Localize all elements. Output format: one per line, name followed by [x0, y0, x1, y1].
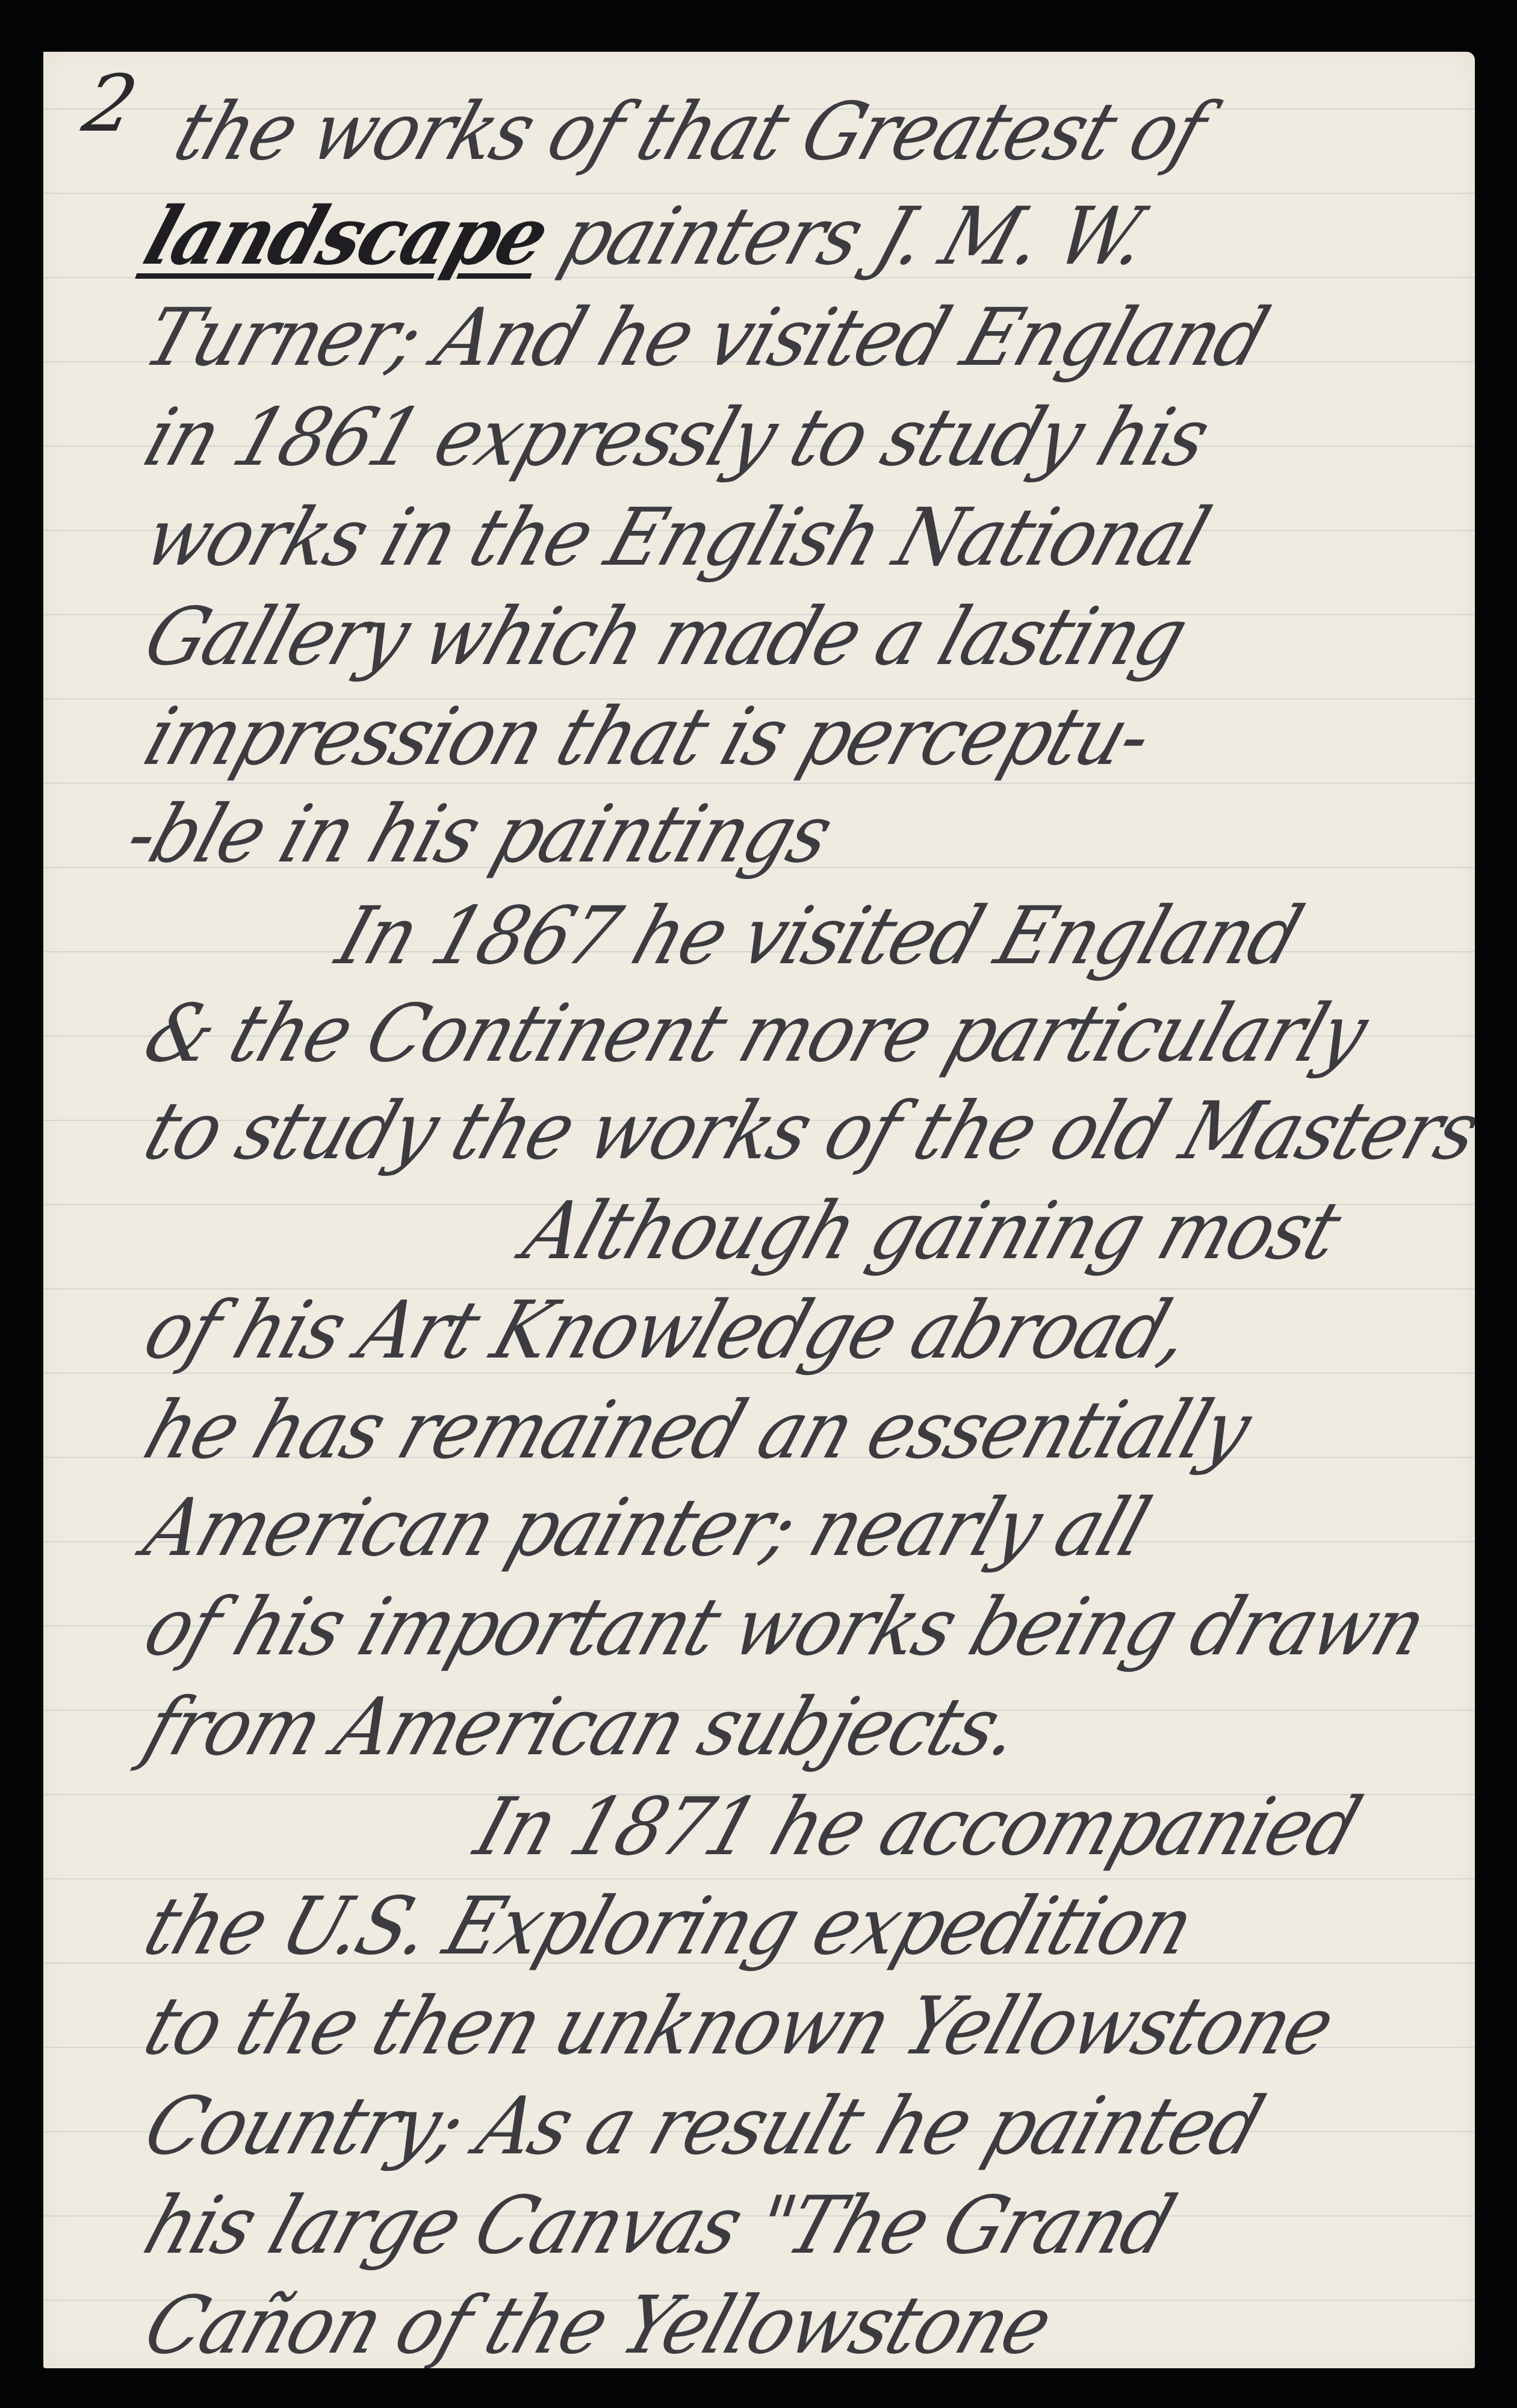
- text-line: & the Continent more particularly: [134, 987, 1377, 1080]
- text-line: the works of that Greatest of: [164, 85, 1216, 178]
- text-line: Cañon of the Yellowstone: [134, 2279, 1062, 2368]
- text-line: to the then unknown Yellowstone: [134, 1980, 1344, 2073]
- text-line: -ble in his paintings: [116, 788, 842, 881]
- underlined-word: landscape: [134, 190, 559, 283]
- text-line: from American subjects.: [134, 1681, 1031, 1773]
- text-line: he has remained an essentially: [134, 1384, 1261, 1477]
- text-line: to study the works of the old Masters: [134, 1085, 1475, 1178]
- text-line: Country; As a result he painted: [134, 2080, 1273, 2173]
- text-line: landscape painters J. M. W.: [134, 190, 1159, 283]
- text-line: American painter; nearly all: [134, 1482, 1159, 1574]
- text-line: of his important works being drawn: [134, 1581, 1436, 1674]
- text-line: the U.S. Exploring expedition: [134, 1880, 1203, 1973]
- text-line: Although gaining most: [513, 1185, 1350, 1277]
- text-line: of his Art Knowledge abroad,: [134, 1284, 1201, 1377]
- text-line: in 1861 expressly to study his: [134, 391, 1219, 484]
- rule-line: [43, 1878, 1475, 1879]
- manuscript-page: 2 the works of that Greatest oflandscape…: [43, 52, 1475, 2368]
- text-line: his large Canvas "The Grand: [134, 2179, 1184, 2272]
- text-line: works in the English National: [134, 491, 1219, 584]
- text-line: Turner; And he visited England: [134, 291, 1278, 384]
- text-line: In 1871 he accompanied: [465, 1781, 1370, 1873]
- page-number: 2: [76, 58, 145, 149]
- text-line: impression that is perceptu-: [134, 690, 1162, 783]
- text-line: In 1867 he visited England: [326, 890, 1312, 982]
- text-line: Gallery which made a lasting: [134, 591, 1197, 683]
